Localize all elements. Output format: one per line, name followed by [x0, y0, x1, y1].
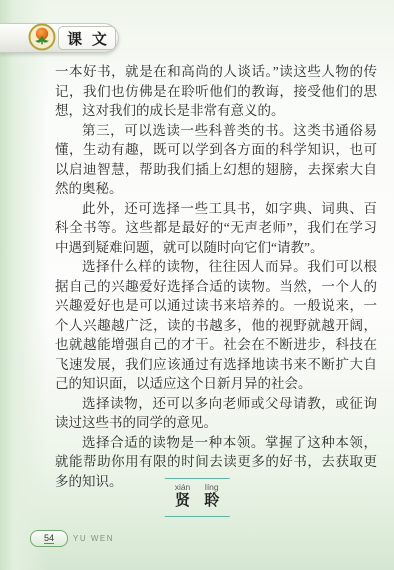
vocab-character: 贤	[175, 492, 190, 511]
vocab-word: xián 贤	[175, 482, 191, 511]
vocab-character: 聆	[204, 492, 219, 511]
paragraph: 一本好书，就是在和高尚的人谈话。”读这些人物的传记，我们也仿佛是在聆听他们的教诲…	[55, 62, 377, 121]
new-characters-box: xián 贤 líng 聆	[165, 478, 230, 517]
lesson-title: 课 文	[58, 26, 116, 50]
paragraph: 选择什么样的读物，往往因人而异。我们可以根据自己的兴趣爱好选择合适的读物。当然，…	[55, 257, 377, 394]
paragraph: 选择读物，还可以多向老师或父母请教，或征询读过这些书的同学的意见。	[55, 394, 377, 433]
page-number: 54	[44, 533, 54, 544]
page-number-badge: 54	[30, 530, 68, 547]
subject-label: YU WEN	[73, 534, 114, 543]
paragraph: 第三，可以选读一些科普类的书。这类书通俗易懂，生动有趣，既可以学到各方面的科学知…	[55, 121, 377, 199]
textbook-page: 课 文 一本好书，就是在和高尚的人谈话。”读这些人物的传记，我们也仿佛是在聆听他…	[0, 0, 394, 570]
sprout-sun-logo-icon	[28, 23, 56, 51]
vocab-pinyin: líng	[205, 482, 219, 492]
lesson-body: 一本好书，就是在和高尚的人谈话。”读这些人物的传记，我们也仿佛是在聆听他们的教诲…	[55, 62, 377, 491]
vocab-word: líng 聆	[204, 482, 219, 511]
vocab-pinyin: xián	[175, 482, 191, 492]
page-footer: 54 YU WEN	[30, 530, 114, 547]
paragraph: 此外，还可选择一些工具书，如字典、词典、百科全书等。这些都是最好的“无声老师”，…	[55, 199, 377, 258]
